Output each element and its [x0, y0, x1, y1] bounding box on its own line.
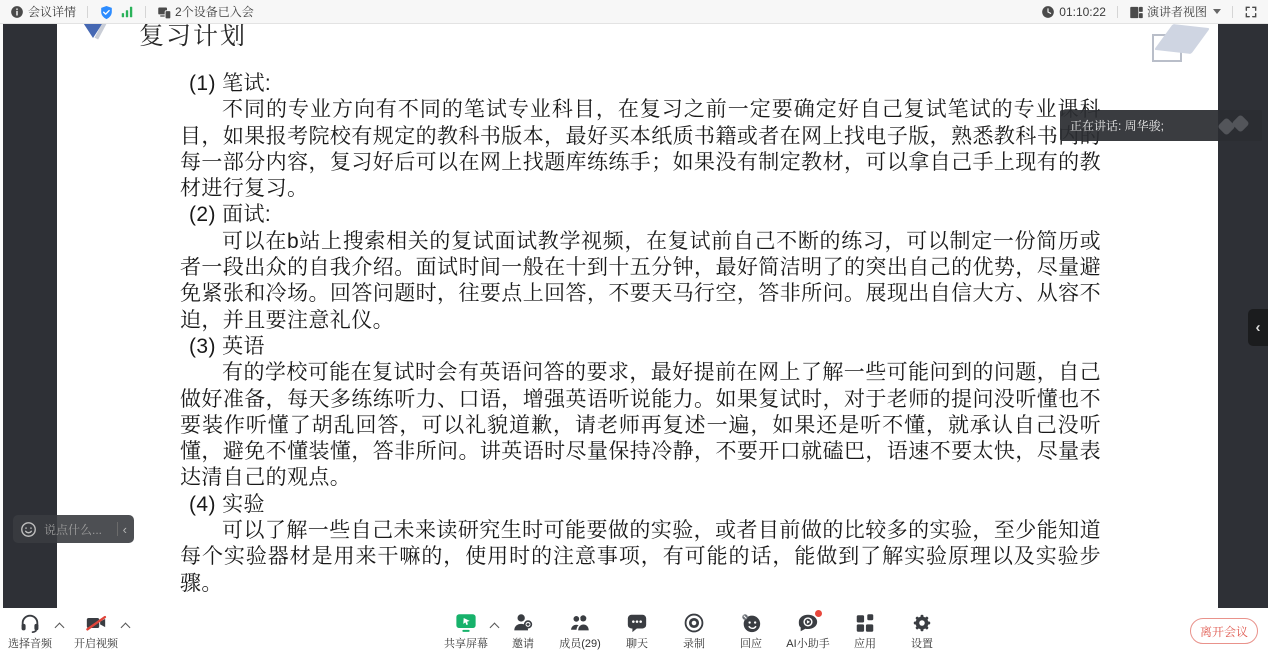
- chat-input[interactable]: 说点什么...: [44, 521, 112, 538]
- info-icon: [10, 5, 24, 19]
- devices-joined-label: 2个设备已入会: [175, 3, 254, 20]
- control-toolbar: 选择音频 开启视频 共享屏幕 邀请: [0, 608, 1268, 650]
- document-logo-icon: [80, 24, 114, 44]
- section-heading: (1) 笔试:: [180, 71, 1101, 97]
- meeting-timer-value: 01:10:22: [1059, 5, 1106, 19]
- share-screen-icon: [454, 612, 478, 634]
- meeting-details-label: 会议详情: [28, 3, 76, 20]
- camera-off-icon: [84, 612, 108, 634]
- members-button[interactable]: 成员(29): [558, 612, 602, 650]
- person-plus-icon: [511, 612, 535, 634]
- notification-dot: [815, 610, 822, 617]
- clock-icon: [1041, 5, 1055, 19]
- members-label: 成员(29): [559, 635, 601, 650]
- record-icon: [682, 612, 706, 634]
- divider: [117, 522, 118, 536]
- devices-icon: [157, 5, 171, 19]
- select-audio-button[interactable]: 选择音频: [8, 612, 52, 650]
- page-fold-icon: [1150, 26, 1208, 68]
- meeting-details-button[interactable]: 会议详情: [10, 3, 76, 20]
- security-status-button[interactable]: [99, 5, 113, 19]
- speaker-view-icon: [1129, 5, 1143, 19]
- chat-label: 聊天: [626, 635, 648, 650]
- leave-meeting-button[interactable]: 离开会议: [1190, 618, 1258, 644]
- quick-chat-bar: 说点什么... ‹: [13, 515, 134, 543]
- gear-icon: [910, 612, 934, 634]
- signal-bars-icon: [120, 5, 134, 19]
- divider: [1117, 6, 1118, 18]
- section-heading: (2) 面试:: [180, 202, 1101, 228]
- people-icon: [568, 612, 592, 634]
- side-panel-collapse-button[interactable]: ‹: [1248, 309, 1268, 346]
- meeting-timer: 01:10:22: [1041, 5, 1106, 19]
- shared-document: 复习计划 (1) 笔试: 不同的专业方向有不同的笔试专业科目，在复习之前一定要确…: [57, 24, 1218, 608]
- invite-button[interactable]: 邀请: [501, 612, 545, 650]
- clapping-hands-icon: [1218, 116, 1252, 136]
- chevron-up-icon[interactable]: [121, 623, 131, 633]
- settings-button[interactable]: 设置: [900, 612, 944, 650]
- start-video-label: 开启视频: [74, 635, 118, 650]
- react-button[interactable]: 回应: [729, 612, 773, 650]
- chat-button[interactable]: 聊天: [615, 612, 659, 650]
- fullscreen-button[interactable]: [1244, 5, 1258, 19]
- divider: [87, 6, 88, 18]
- section-heading: (3) 英语: [180, 334, 1101, 360]
- react-smiley-icon: [739, 612, 763, 634]
- record-button[interactable]: 录制: [672, 612, 716, 650]
- settings-label: 设置: [911, 635, 933, 650]
- chevron-down-icon: [1213, 9, 1221, 14]
- react-label: 回应: [740, 635, 762, 650]
- record-label: 录制: [683, 635, 705, 650]
- ai-assistant-label: AI小助手: [786, 635, 829, 650]
- section-body: 可以了解一些自己未来读研究生时可能要做的实验，或者目前做的比较多的实验，至少能知…: [180, 518, 1101, 597]
- section-body: 有的学校可能在复试时会有英语问答的要求，最好提前在网上了解一些可能问到的问题，自…: [180, 360, 1101, 491]
- apps-grid-icon: [853, 612, 877, 634]
- section-body: 不同的专业方向有不同的笔试专业科目，在复习之前一定要确定好自己复试笔试的专业课科…: [180, 97, 1101, 202]
- share-screen-label: 共享屏幕: [444, 635, 488, 650]
- select-audio-label: 选择音频: [8, 635, 52, 650]
- chat-bubble-icon: [625, 612, 649, 634]
- network-status-button[interactable]: [120, 5, 134, 19]
- shared-screen-stage: 复习计划 (1) 笔试: 不同的专业方向有不同的笔试专业科目，在复习之前一定要确…: [0, 24, 1268, 608]
- emoji-icon[interactable]: [20, 521, 37, 538]
- ai-assistant-button[interactable]: AI小助手: [786, 612, 830, 650]
- shield-check-icon: [99, 5, 113, 19]
- top-bar: 会议详情 2个设备已入会: [0, 0, 1268, 24]
- headset-icon: [18, 612, 42, 634]
- chevron-left-icon: ‹: [1256, 319, 1261, 336]
- start-video-button[interactable]: 开启视频: [74, 612, 118, 650]
- divider: [1232, 6, 1233, 18]
- divider: [145, 6, 146, 18]
- chevron-up-icon[interactable]: [55, 623, 65, 633]
- view-mode-selector[interactable]: 演讲者视图: [1129, 3, 1221, 20]
- window-edge: [0, 24, 3, 608]
- document-body: (1) 笔试: 不同的专业方向有不同的笔试专业科目，在复习之前一定要确定好自己复…: [180, 71, 1101, 597]
- section-heading: (4) 实验: [180, 492, 1101, 518]
- active-speaker-banner: 正在讲话: 周华骏;: [1060, 110, 1262, 141]
- view-mode-label: 演讲者视图: [1147, 3, 1207, 20]
- share-screen-button[interactable]: 共享屏幕: [444, 612, 488, 650]
- apps-label: 应用: [854, 635, 876, 650]
- devices-joined-button[interactable]: 2个设备已入会: [157, 3, 254, 20]
- chat-collapse-icon[interactable]: ‹: [123, 523, 127, 536]
- leave-meeting-label: 离开会议: [1200, 623, 1248, 640]
- ai-assistant-icon: [796, 612, 820, 634]
- chevron-up-icon[interactable]: [490, 623, 500, 633]
- document-title: 复习计划: [139, 24, 247, 52]
- apps-button[interactable]: 应用: [843, 612, 887, 650]
- invite-label: 邀请: [512, 635, 534, 650]
- active-speaker-label: 正在讲话: 周华骏;: [1070, 117, 1164, 134]
- fullscreen-icon: [1244, 5, 1258, 19]
- meeting-window: 会议详情 2个设备已入会: [0, 0, 1268, 650]
- section-body: 可以在b站上搜索相关的复试面试教学视频，在复试前自己不断的练习，可以制定一份简历…: [180, 229, 1101, 334]
